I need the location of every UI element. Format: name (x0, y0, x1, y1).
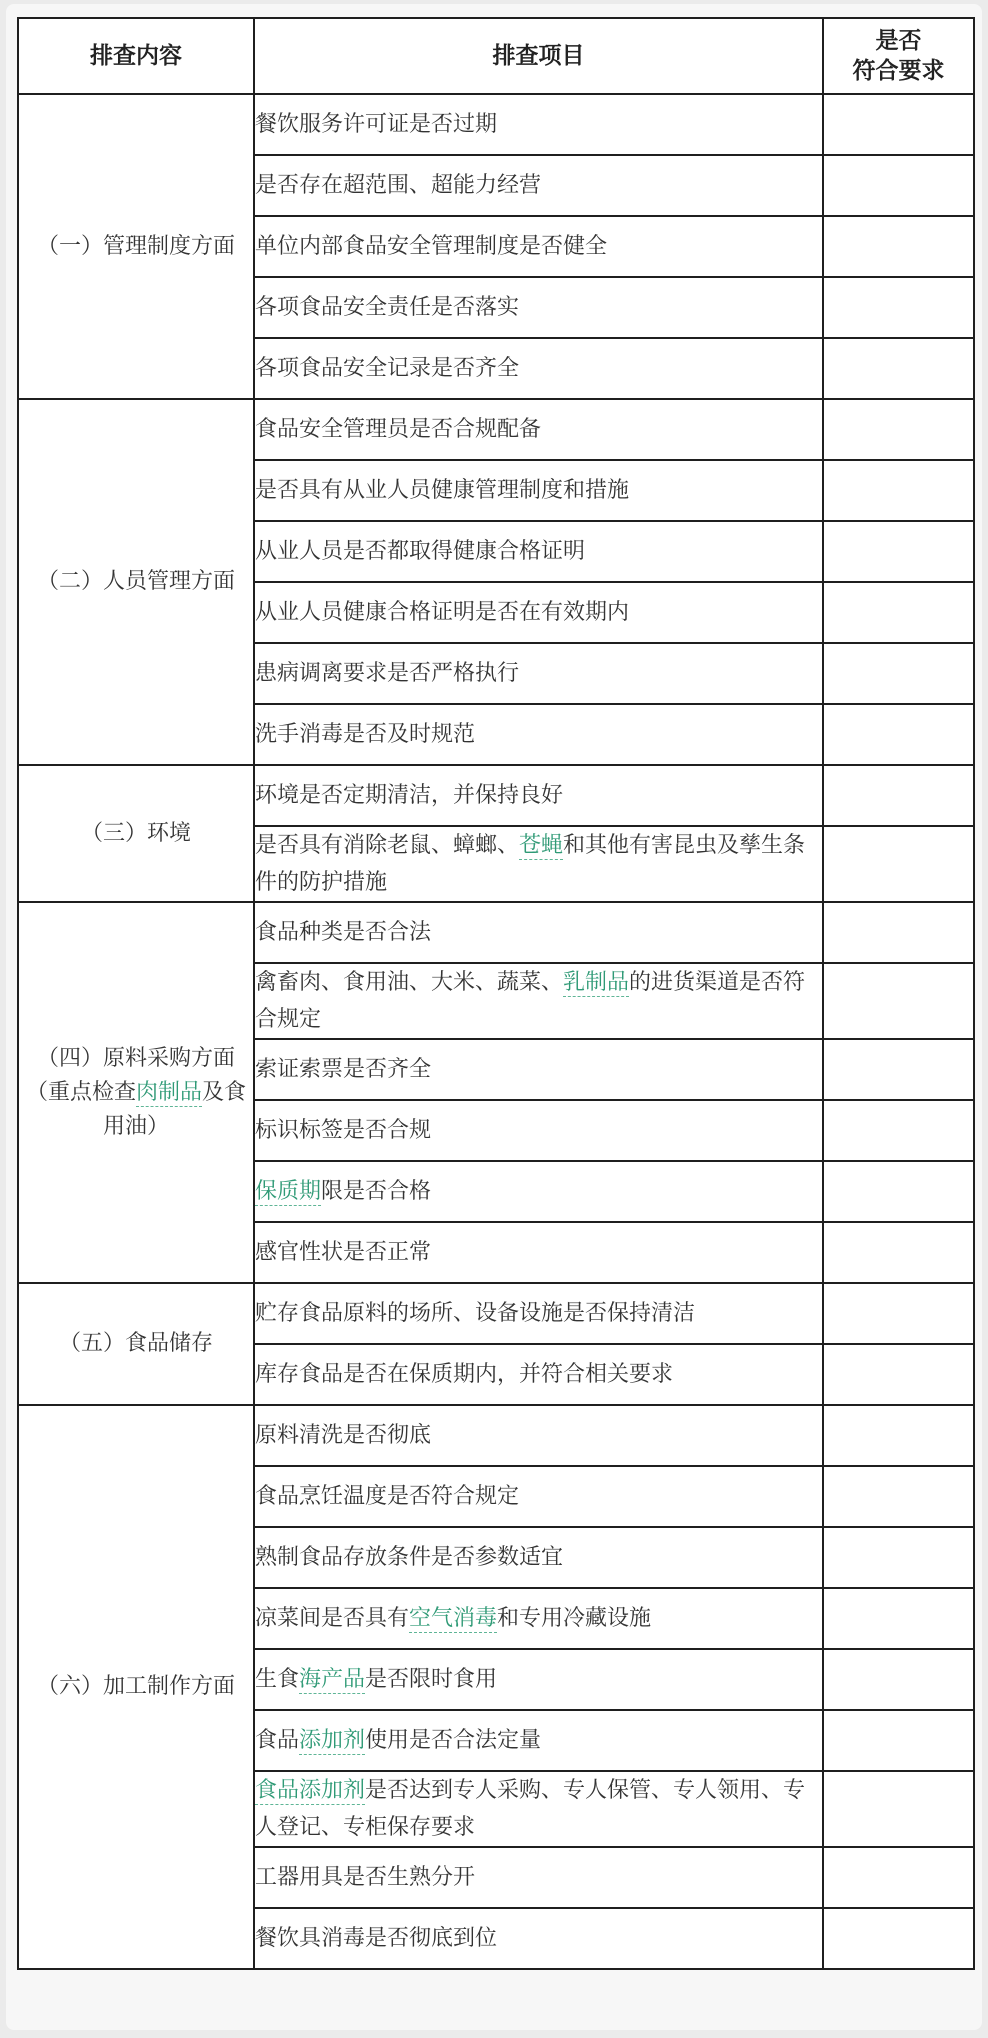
compliance-cell[interactable] (823, 1771, 974, 1847)
item-cell: 餐饮服务许可证是否过期 (254, 94, 823, 155)
item-cell: 禽畜肉、食用油、大米、蔬菜、乳制品的进货渠道是否符合规定 (254, 963, 823, 1039)
compliance-cell[interactable] (823, 1039, 974, 1100)
glossary-link[interactable]: 海产品 (299, 1667, 365, 1694)
item-cell: 餐饮具消毒是否彻底到位 (254, 1908, 823, 1969)
glossary-link[interactable]: 苍蝇 (519, 833, 563, 860)
item-cell: 熟制食品存放条件是否参数适宜 (254, 1527, 823, 1588)
compliance-cell[interactable] (823, 1283, 974, 1344)
item-cell: 各项食品安全责任是否落实 (254, 277, 823, 338)
compliance-cell[interactable] (823, 1710, 974, 1771)
compliance-cell[interactable] (823, 216, 974, 277)
item-cell: 凉菜间是否具有空气消毒和专用冷藏设施 (254, 1588, 823, 1649)
compliance-cell[interactable] (823, 1100, 974, 1161)
item-cell: 库存食品是否在保质期内，并符合相关要求 (254, 1344, 823, 1405)
glossary-link[interactable]: 添加剂 (299, 1728, 365, 1755)
compliance-cell[interactable] (823, 1405, 974, 1466)
table-row: （二）人员管理方面 食品安全管理员是否合规配备 (18, 399, 974, 460)
food-safety-checklist-table: 排查内容 排查项目 是否 符合要求 （一）管理制度方面 餐饮服务许可证是否过期 … (17, 17, 975, 1970)
compliance-cell[interactable] (823, 643, 974, 704)
item-cell: 从业人员健康合格证明是否在有效期内 (254, 582, 823, 643)
item-cell: 洗手消毒是否及时规范 (254, 704, 823, 765)
item-cell: 食品安全管理员是否合规配备 (254, 399, 823, 460)
item-cell: 患病调离要求是否严格执行 (254, 643, 823, 704)
header-compliant-line1: 是否 (824, 26, 973, 56)
table-row: （五）食品储存 贮存食品原料的场所、设备设施是否保持清洁 (18, 1283, 974, 1344)
compliance-cell[interactable] (823, 704, 974, 765)
compliance-cell[interactable] (823, 902, 974, 963)
category-environment: （三）环境 (18, 765, 254, 902)
header-compliant: 是否 符合要求 (823, 18, 974, 94)
item-cell: 从业人员是否都取得健康合格证明 (254, 521, 823, 582)
item-cell: 单位内部食品安全管理制度是否健全 (254, 216, 823, 277)
compliance-cell[interactable] (823, 521, 974, 582)
compliance-cell[interactable] (823, 155, 974, 216)
category-management-system: （一）管理制度方面 (18, 94, 254, 399)
item-cell: 原料清洗是否彻底 (254, 1405, 823, 1466)
item-cell: 保质期限是否合格 (254, 1161, 823, 1222)
table-row: （六）加工制作方面 原料清洗是否彻底 (18, 1405, 974, 1466)
glossary-link[interactable]: 乳制品 (563, 970, 629, 997)
glossary-link[interactable]: 食品添加剂 (255, 1778, 365, 1805)
item-cell: 食品添加剂是否达到专人采购、专人保管、专人领用、专人登记、专柜保存要求 (254, 1771, 823, 1847)
compliance-cell[interactable] (823, 1222, 974, 1283)
compliance-cell[interactable] (823, 1161, 974, 1222)
table-row: （三）环境 环境是否定期清洁，并保持良好 (18, 765, 974, 826)
item-cell: 食品种类是否合法 (254, 902, 823, 963)
header-row: 排查内容 排查项目 是否 符合要求 (18, 18, 974, 94)
item-cell: 贮存食品原料的场所、设备设施是否保持清洁 (254, 1283, 823, 1344)
header-item: 排查项目 (254, 18, 823, 94)
compliance-cell[interactable] (823, 399, 974, 460)
compliance-cell[interactable] (823, 1908, 974, 1969)
compliance-cell[interactable] (823, 1649, 974, 1710)
item-cell: 各项食品安全记录是否齐全 (254, 338, 823, 399)
compliance-cell[interactable] (823, 1344, 974, 1405)
item-cell: 是否存在超范围、超能力经营 (254, 155, 823, 216)
item-cell: 生食海产品是否限时食用 (254, 1649, 823, 1710)
category-storage: （五）食品储存 (18, 1283, 254, 1405)
item-cell: 食品烹饪温度是否符合规定 (254, 1466, 823, 1527)
item-cell: 是否具有消除老鼠、蟑螂、苍蝇和其他有害昆虫及孳生条件的防护措施 (254, 826, 823, 902)
header-category: 排查内容 (18, 18, 254, 94)
compliance-cell[interactable] (823, 460, 974, 521)
compliance-cell[interactable] (823, 765, 974, 826)
compliance-cell[interactable] (823, 826, 974, 902)
compliance-cell[interactable] (823, 94, 974, 155)
compliance-cell[interactable] (823, 277, 974, 338)
compliance-cell[interactable] (823, 1847, 974, 1908)
table-row: （四）原料采购方面（重点检查肉制品及食用油） 食品种类是否合法 (18, 902, 974, 963)
compliance-cell[interactable] (823, 963, 974, 1039)
category-personnel: （二）人员管理方面 (18, 399, 254, 765)
item-cell: 感官性状是否正常 (254, 1222, 823, 1283)
table-row: （一）管理制度方面 餐饮服务许可证是否过期 (18, 94, 974, 155)
item-cell: 食品添加剂使用是否合法定量 (254, 1710, 823, 1771)
glossary-link[interactable]: 空气消毒 (409, 1606, 497, 1633)
category-processing: （六）加工制作方面 (18, 1405, 254, 1969)
glossary-link[interactable]: 保质期 (255, 1179, 321, 1206)
item-cell: 索证索票是否齐全 (254, 1039, 823, 1100)
header-compliant-line2: 符合要求 (824, 56, 973, 86)
item-cell: 环境是否定期清洁，并保持良好 (254, 765, 823, 826)
compliance-cell[interactable] (823, 582, 974, 643)
compliance-cell[interactable] (823, 1527, 974, 1588)
compliance-cell[interactable] (823, 1588, 974, 1649)
compliance-cell[interactable] (823, 1466, 974, 1527)
glossary-link[interactable]: 肉制品 (136, 1080, 202, 1107)
compliance-cell[interactable] (823, 338, 974, 399)
item-cell: 工器用具是否生熟分开 (254, 1847, 823, 1908)
category-procurement: （四）原料采购方面（重点检查肉制品及食用油） (18, 902, 254, 1283)
item-cell: 标识标签是否合规 (254, 1100, 823, 1161)
item-cell: 是否具有从业人员健康管理制度和措施 (254, 460, 823, 521)
